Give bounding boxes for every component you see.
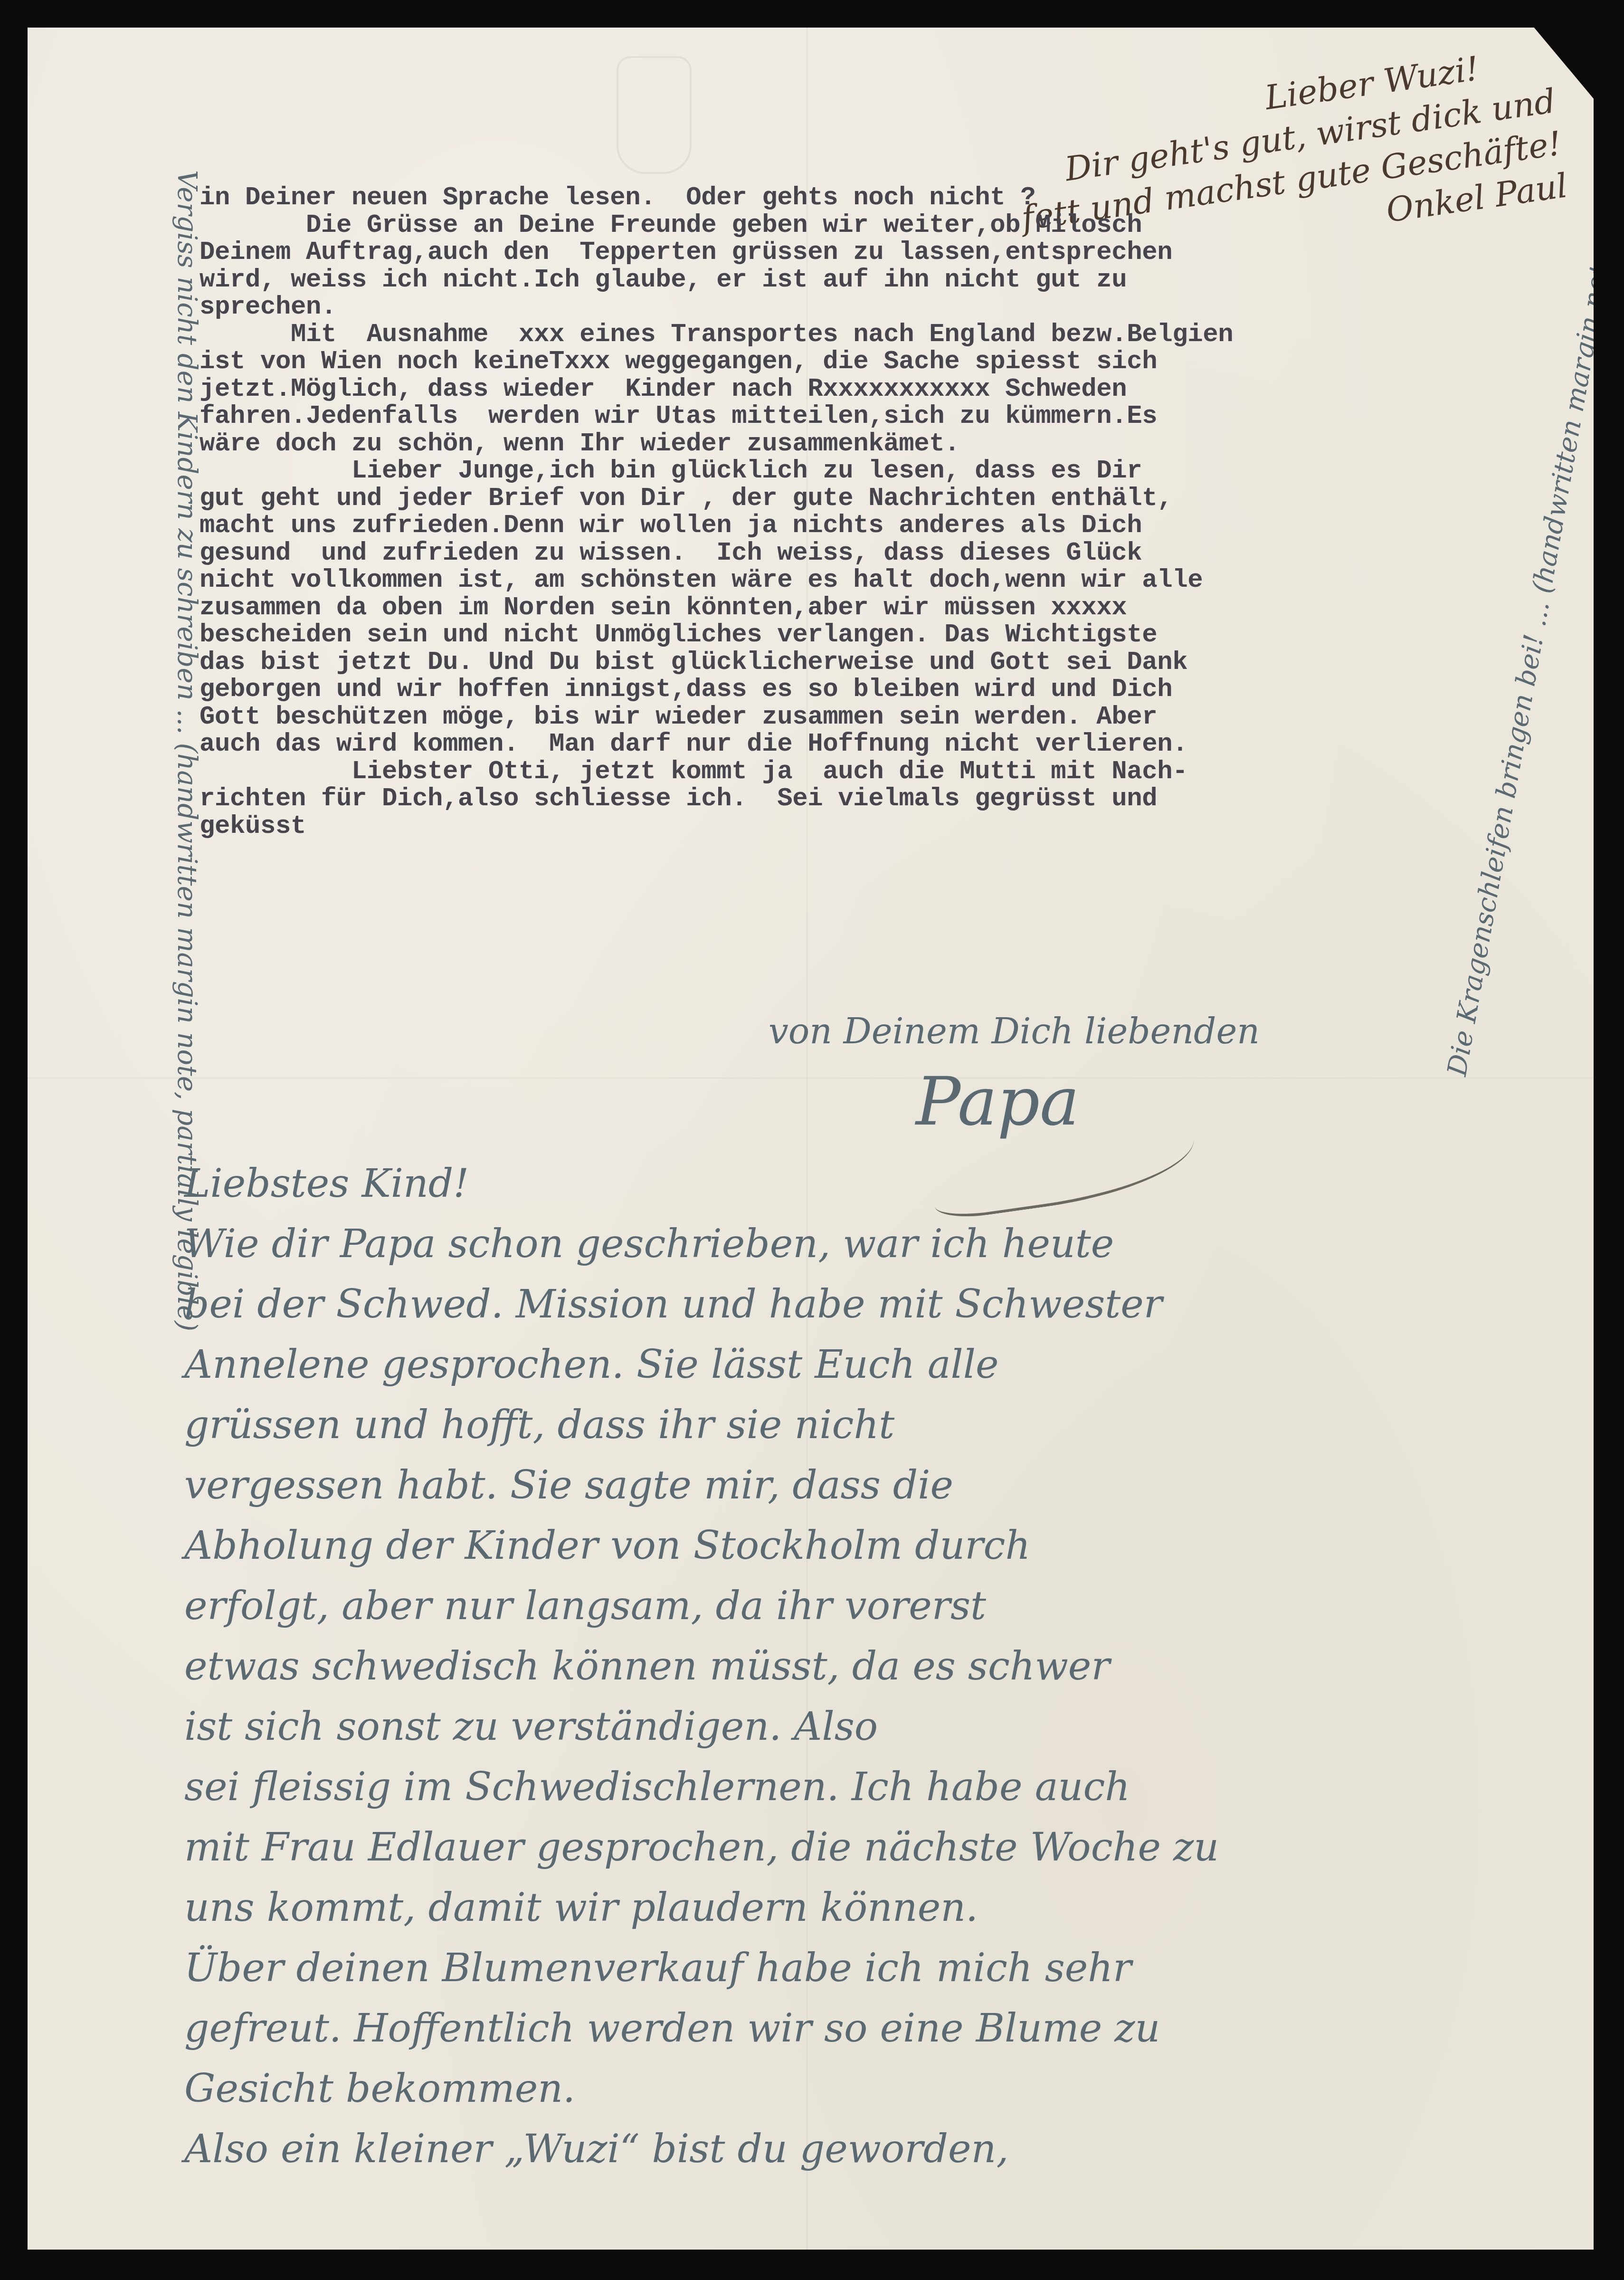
typed-line: fahren.Jedenfalls werden wir Utas mittei…: [199, 403, 1434, 430]
handwritten-line: grüssen und hofft, dass ihr sie nicht: [184, 1395, 1562, 1455]
handwritten-letter-body: Liebstes Kind! Wie dir Papa schon geschr…: [184, 1154, 1562, 2179]
right-margin-note: Die Kragenschleifen bringen bei! ... (ha…: [1441, 184, 1624, 1078]
typed-line: geborgen und wir hoffen innigst,dass es …: [199, 676, 1434, 704]
handwritten-line: Also ein kleiner „Wuzi“ bist du geworden…: [184, 2119, 1562, 2179]
typed-line: sprechen.: [199, 294, 1434, 321]
typed-line: gut geht und jeder Brief von Dir , der g…: [199, 485, 1434, 513]
typed-line: Liebster Otti, jetzt kommt ja auch die M…: [199, 758, 1434, 786]
handwritten-line: erfolgt, aber nur langsam, da ihr vorers…: [184, 1576, 1562, 1636]
handwritten-line: ist sich sonst zu verständigen. Also: [184, 1697, 1562, 1757]
typed-line: Lieber Junge,ich bin glücklich zu lesen,…: [199, 458, 1434, 485]
letter-paper: Lieber Wuzi! Dir geht's gut, wirst dick …: [28, 28, 1594, 2250]
typed-line: in Deiner neuen Sprache lesen. Oder geht…: [199, 184, 1434, 212]
handwritten-line: Gesicht bekommen.: [184, 2059, 1562, 2119]
typed-line: Deinem Auftrag,auch den Tepperten grüsse…: [199, 239, 1434, 267]
paper-fold-horizontal: [28, 1078, 1594, 1078]
left-margin-note: Vergiss nicht den Kindern zu schreiben .…: [170, 170, 203, 2213]
typed-line: auch das wird kommen. Man darf nur die H…: [199, 731, 1434, 758]
typed-line: jetzt.Möglich, dass wieder Kinder nach R…: [199, 376, 1434, 403]
typed-line: wäre doch zu schön, wenn Ihr wieder zusa…: [199, 430, 1434, 458]
typed-line: geküsst: [199, 813, 1434, 840]
handwritten-line: gefreut. Hoffentlich werden wir so eine …: [184, 1998, 1562, 2059]
typed-line: richten für Dich,also schliesse ich. Sei…: [199, 785, 1434, 813]
typed-line: Gott beschützen möge, bis wir wieder zus…: [199, 704, 1434, 731]
typed-letter-body: in Deiner neuen Sprache lesen. Oder geht…: [199, 184, 1434, 840]
handwritten-line: sei fleissig im Schwedischlernen. Ich ha…: [184, 1757, 1562, 1817]
typed-line: ist von Wien noch keineTxxx weggegangen,…: [199, 348, 1434, 376]
typed-line: macht uns zufrieden.Denn wir wollen ja n…: [199, 512, 1434, 540]
handwritten-line: mit Frau Edlauer gesprochen, die nächste…: [184, 1817, 1562, 1878]
handwritten-line: vergessen habt. Sie sagte mir, dass die: [184, 1455, 1562, 1516]
handwritten-line: Liebstes Kind!: [184, 1154, 1562, 1214]
typed-line: wird, weiss ich nicht.Ich glaube, er ist…: [199, 267, 1434, 294]
handwritten-line: Über deinen Blumenverkauf habe ich mich …: [184, 1938, 1562, 1998]
faint-watermark-stamp: [617, 56, 692, 174]
handwritten-line: etwas schwedisch können müsst, da es sch…: [184, 1636, 1562, 1697]
typed-line: gesund und zufrieden zu wissen. Ich weis…: [199, 540, 1434, 567]
typed-line: Mit Ausnahme xxx eines Transportes nach …: [199, 321, 1434, 349]
typed-line: bescheiden sein und nicht Unmögliches ve…: [199, 621, 1434, 649]
handwritten-line: Wie dir Papa schon geschrieben, war ich …: [184, 1214, 1562, 1274]
typed-line: nicht vollkommen ist, am schönsten wäre …: [199, 567, 1434, 594]
handwritten-line: bei der Schwed. Mission und habe mit Sch…: [184, 1274, 1562, 1335]
handwritten-line: uns kommt, damit wir plaudern können.: [184, 1878, 1562, 1938]
typed-line: das bist jetzt Du. Und Du bist glücklich…: [199, 649, 1434, 677]
signature-closing: von Deinem Dich liebenden: [769, 1011, 1260, 1052]
typed-line: Die Grüsse an Deine Freunde geben wir we…: [199, 212, 1434, 239]
typed-line: zusammen da oben im Norden sein könnten,…: [199, 594, 1434, 622]
handwritten-line: Abholung der Kinder von Stockholm durch: [184, 1516, 1562, 1576]
handwritten-line: Annelene gesprochen. Sie lässt Euch alle: [184, 1335, 1562, 1395]
